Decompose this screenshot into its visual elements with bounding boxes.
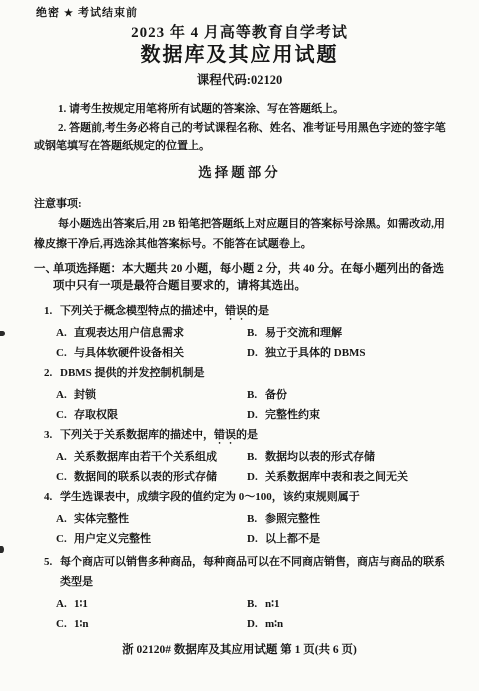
exam-session-title: 2023 年 4 月高等教育自学考试 xyxy=(0,25,479,42)
question-stem-text: 学生选课表中，成绩字段的值约定为 0～100，该约束规则属于 xyxy=(60,487,451,509)
instructions-list: 1. 请考生按规定用笔将所有试题的答案涂、写在答题纸上。 2. 答题前,考生务必… xyxy=(34,100,451,156)
option-text: 1∶n xyxy=(74,614,88,634)
option-text: 易于交流和理解 xyxy=(265,323,342,343)
stem-emphasis: 错误 xyxy=(225,305,247,317)
option-row: A.1∶1 B.n∶1 xyxy=(56,594,451,614)
question-stem: 4. 学生选课表中，成绩字段的值约定为 0～100，该约束规则属于 xyxy=(34,487,451,509)
option-text: 独立于具体的 DBMS xyxy=(265,343,366,363)
option-text: 封锁 xyxy=(74,385,96,405)
question-number: 4. xyxy=(44,487,60,509)
option-text: 与具体软硬件设备相关 xyxy=(74,343,184,363)
option-c: C.1∶n xyxy=(56,614,247,634)
option-d: D.完整性约束 xyxy=(247,405,320,425)
option-label: A. xyxy=(56,323,74,343)
option-text: 数据均以表的形式存储 xyxy=(265,447,375,467)
option-label: A. xyxy=(56,447,74,467)
question-stem: 5. 每个商店可以销售多种商品，每种商品可以在不同商店销售，商店与商品的联系类型… xyxy=(34,552,451,594)
classification-label: 绝密 xyxy=(36,7,60,19)
section-title: 选择题部分 xyxy=(0,165,479,181)
option-text: 关系数据库由若干个关系组成 xyxy=(74,447,217,467)
option-label: A. xyxy=(56,509,74,529)
option-text: m∶n xyxy=(265,614,283,634)
question-block: 2. DBMS 提供的并发控制机制是 A.封锁 B.备份 C.存取权限 D.完整… xyxy=(34,363,451,425)
question-stem: 2. DBMS 提供的并发控制机制是 xyxy=(34,363,451,385)
stem-text-pre: 下列关于概念模型特点的描述中， xyxy=(60,305,225,317)
option-d: D.以上都不是 xyxy=(247,529,320,549)
option-text: 用户定义完整性 xyxy=(74,529,151,549)
option-b: B.参照完整性 xyxy=(247,509,320,529)
option-label: A. xyxy=(56,385,74,405)
question-stem-text: DBMS 提供的并发控制机制是 xyxy=(60,363,451,385)
option-b: B.数据均以表的形式存储 xyxy=(247,447,375,467)
stem-text-post: 的是 xyxy=(247,305,269,317)
option-text: 备份 xyxy=(265,385,287,405)
exam-paper-page: 绝密★考试结束前 2023 年 4 月高等教育自学考试 数据库及其应用试题 课程… xyxy=(0,0,479,691)
option-a: A.关系数据库由若干个关系组成 xyxy=(56,447,247,467)
stem-text-pre: 每个商店可以销售多种商品，每种商品可以在不同商店销售，商店与商品的联系类型是 xyxy=(60,556,445,588)
option-a: A.1∶1 xyxy=(56,594,247,614)
option-text: 关系数据库中表和表之间无关 xyxy=(265,467,408,487)
page-footer: 浙 02120# 数据库及其应用试题 第 1 页(共 6 页) xyxy=(0,643,479,657)
course-code: 课程代码:02120 xyxy=(0,73,479,87)
question-number: 5. xyxy=(44,552,60,594)
option-row: C.数据间的联系以表的形式存储 D.关系数据库中表和表之间无关 xyxy=(56,467,451,487)
option-text: 完整性约束 xyxy=(265,405,320,425)
option-c: C.数据间的联系以表的形式存储 xyxy=(56,467,247,487)
option-d: D.独立于具体的 DBMS xyxy=(247,343,366,363)
instruction-item-1: 1. 请考生按规定用笔将所有试题的答案涂、写在答题纸上。 xyxy=(34,100,451,119)
option-row: A.封锁 B.备份 xyxy=(56,385,451,405)
instruction-item-2: 2. 答题前,考生务必将自己的考试课程名称、姓名、准考证号用黑色字迹的签字笔或钢… xyxy=(34,119,451,156)
question-block: 4. 学生选课表中，成绩字段的值约定为 0～100，该约束规则属于 A.实体完整… xyxy=(34,487,451,549)
question-list: 1. 下列关于概念模型特点的描述中，错误的是 A.直观表达用户信息需求 B.易于… xyxy=(34,301,451,634)
option-a: A.实体完整性 xyxy=(56,509,247,529)
option-label: C. xyxy=(56,405,74,425)
question-stem: 3. 下列关于关系数据库的描述中，错误的是 xyxy=(34,425,451,447)
option-c: C.与具体软硬件设备相关 xyxy=(56,343,247,363)
stem-emphasis: 错误 xyxy=(214,429,236,441)
option-c: C.存取权限 xyxy=(56,405,247,425)
question-block: 5. 每个商店可以销售多种商品，每种商品可以在不同商店销售，商店与商品的联系类型… xyxy=(34,552,451,634)
stem-text-pre: DBMS 提供的并发控制机制是 xyxy=(60,367,205,379)
stem-text-post: 的是 xyxy=(236,429,258,441)
question-number: 2. xyxy=(44,363,60,385)
option-label: B. xyxy=(247,323,265,343)
notice-body: 每小题选出答案后,用 2B 铅笔把答题纸上对应题目的答案标号涂黑。如需改动,用橡… xyxy=(34,214,451,255)
option-label: B. xyxy=(247,509,265,529)
option-a: A.封锁 xyxy=(56,385,247,405)
option-label: A. xyxy=(56,594,74,614)
question-stem-text: 下列关于关系数据库的描述中，错误的是 xyxy=(60,425,451,447)
option-d: D.关系数据库中表和表之间无关 xyxy=(247,467,408,487)
question-stem-text: 下列关于概念模型特点的描述中，错误的是 xyxy=(60,301,451,323)
part-one-heading-text: 单项选择题：本大题共 20 小题，每小题 2 分，共 40 分。在每小题列出的备… xyxy=(53,261,453,296)
security-classification: 绝密★考试结束前 xyxy=(36,7,479,20)
option-row: A.关系数据库由若干个关系组成 B.数据均以表的形式存储 xyxy=(56,447,451,467)
exam-phase-label: 考试结束前 xyxy=(78,7,138,19)
scan-artifact xyxy=(0,331,5,336)
question-stem-text: 每个商店可以销售多种商品，每种商品可以在不同商店销售，商店与商品的联系类型是 xyxy=(60,552,451,594)
notice-heading: 注意事项: xyxy=(34,194,451,214)
part-one-heading: 一、 单项选择题：本大题共 20 小题，每小题 2 分，共 40 分。在每小题列… xyxy=(34,261,453,296)
option-text: 直观表达用户信息需求 xyxy=(74,323,184,343)
scan-artifact xyxy=(0,546,4,553)
option-label: D. xyxy=(247,614,265,634)
option-label: D. xyxy=(247,405,265,425)
option-text: 以上都不是 xyxy=(265,529,320,549)
paper-title: 数据库及其应用试题 xyxy=(0,44,479,66)
question-block: 1. 下列关于概念模型特点的描述中，错误的是 A.直观表达用户信息需求 B.易于… xyxy=(34,301,451,363)
option-label: C. xyxy=(56,614,74,634)
option-label: D. xyxy=(247,343,265,363)
option-label: B. xyxy=(247,447,265,467)
option-label: C. xyxy=(56,343,74,363)
option-row: C.存取权限 D.完整性约束 xyxy=(56,405,451,425)
option-row: C.用户定义完整性 D.以上都不是 xyxy=(56,529,451,549)
question-number: 1. xyxy=(44,301,60,323)
option-c: C.用户定义完整性 xyxy=(56,529,247,549)
option-row: C.与具体软硬件设备相关 D.独立于具体的 DBMS xyxy=(56,343,451,363)
question-block: 3. 下列关于关系数据库的描述中，错误的是 A.关系数据库由若干个关系组成 B.… xyxy=(34,425,451,487)
option-a: A.直观表达用户信息需求 xyxy=(56,323,247,343)
option-text: 数据间的联系以表的形式存储 xyxy=(74,467,217,487)
option-label: B. xyxy=(247,594,265,614)
stem-text-pre: 下列关于关系数据库的描述中， xyxy=(60,429,214,441)
option-label: D. xyxy=(247,529,265,549)
option-label: C. xyxy=(56,467,74,487)
option-row: C.1∶n D.m∶n xyxy=(56,614,451,634)
option-label: D. xyxy=(247,467,265,487)
notice-block: 注意事项: 每小题选出答案后,用 2B 铅笔把答题纸上对应题目的答案标号涂黑。如… xyxy=(34,194,451,255)
option-text: 实体完整性 xyxy=(74,509,129,529)
option-text: n∶1 xyxy=(265,594,279,614)
option-label: B. xyxy=(247,385,265,405)
star-icon: ★ xyxy=(60,8,78,19)
question-stem: 1. 下列关于概念模型特点的描述中，错误的是 xyxy=(34,301,451,323)
option-label: C. xyxy=(56,529,74,549)
stem-text-pre: 学生选课表中，成绩字段的值约定为 0～100，该约束规则属于 xyxy=(60,491,360,503)
option-d: D.m∶n xyxy=(247,614,283,634)
option-text: 1∶1 xyxy=(74,594,88,614)
option-row: A.实体完整性 B.参照完整性 xyxy=(56,509,451,529)
part-one-number: 一、 xyxy=(34,261,53,296)
option-row: A.直观表达用户信息需求 B.易于交流和理解 xyxy=(56,323,451,343)
option-text: 存取权限 xyxy=(74,405,118,425)
option-b: B.n∶1 xyxy=(247,594,279,614)
option-b: B.备份 xyxy=(247,385,287,405)
option-text: 参照完整性 xyxy=(265,509,320,529)
option-b: B.易于交流和理解 xyxy=(247,323,342,343)
question-number: 3. xyxy=(44,425,60,447)
